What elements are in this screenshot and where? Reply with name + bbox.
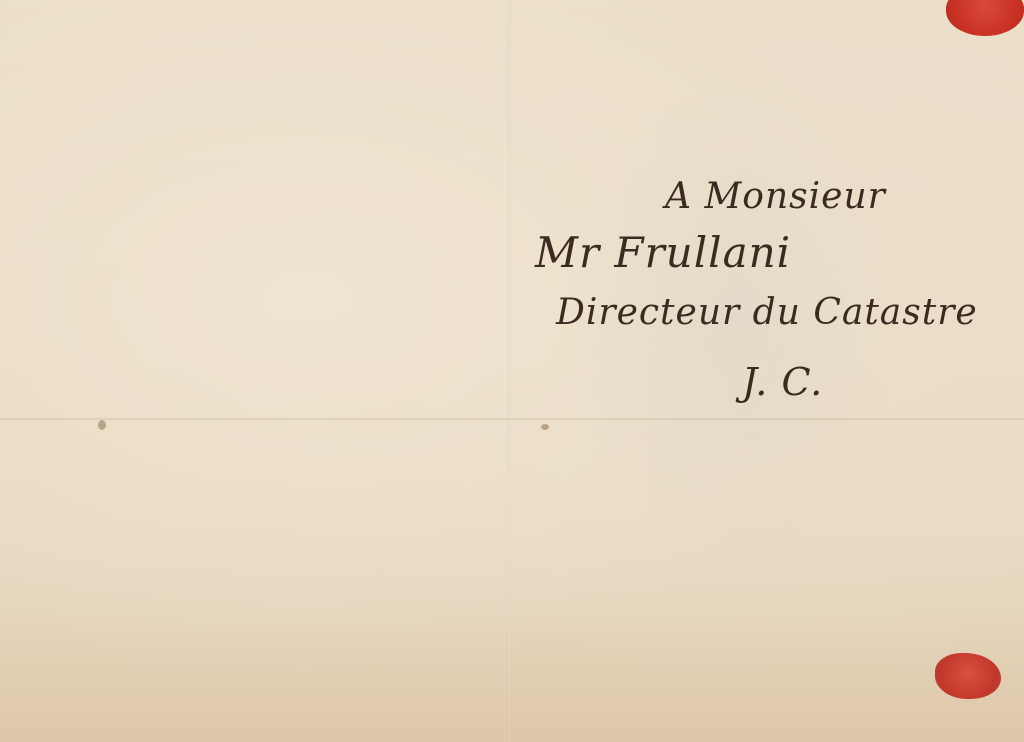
paper-staining [0, 612, 1024, 742]
address-line-name: Mr Frullani [535, 228, 791, 277]
letter-sheet: A Monsieur Mr Frullani Directeur du Cata… [0, 0, 1024, 742]
address-line-salutation: A Monsieur [665, 176, 886, 217]
address-line-initials: J. C. [742, 360, 823, 404]
foxing-spot [541, 424, 549, 430]
horizontal-fold-line [0, 418, 1024, 420]
wax-seal-top [946, 0, 1024, 36]
foxing-spot [98, 420, 106, 430]
address-line-title: Directeur du Catastre [556, 292, 978, 333]
